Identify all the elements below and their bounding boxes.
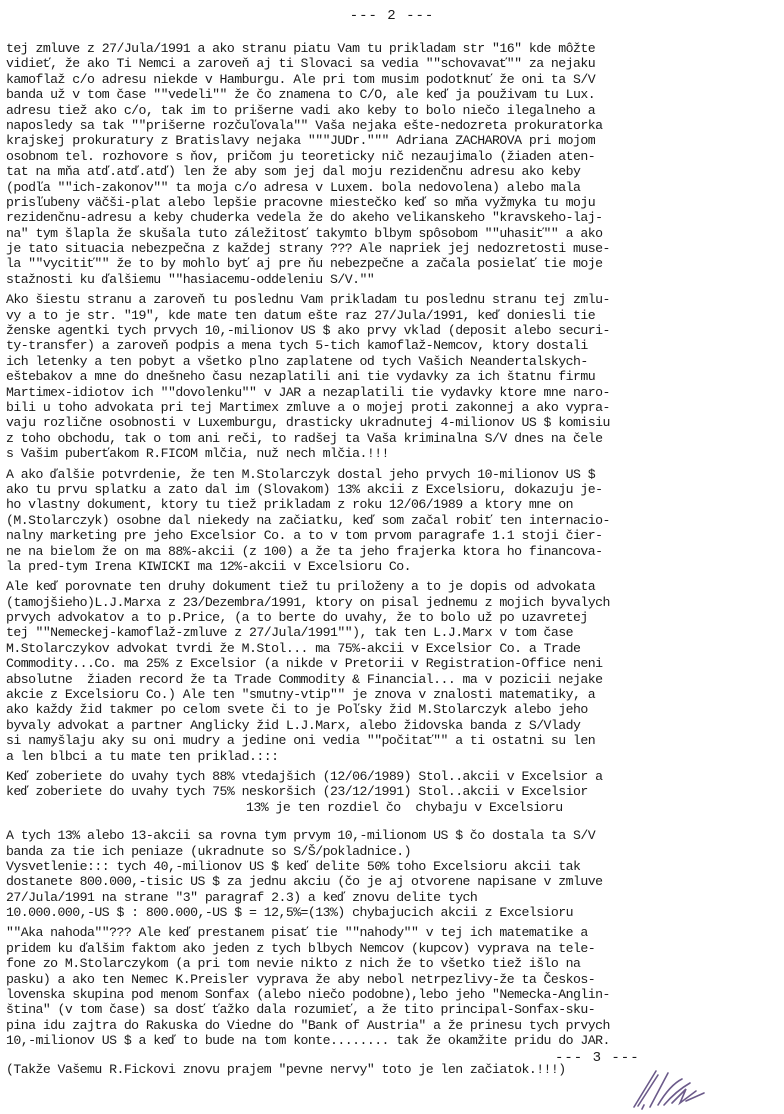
text-line: tat na mňa atď.atď.atď) len že aby som j… [6, 164, 766, 179]
text-line: ština" (v tom čase) sa dosť ťažko dala r… [6, 1002, 766, 1017]
text-line: si namyšlaju aky su oni mudry a jedine o… [6, 733, 766, 748]
text-line: la pred-tym Irena KIWICKI ma 12%-akcii v… [6, 559, 766, 574]
paragraph-6: A tych 13% alebo 13-akcii sa rovna tym p… [6, 828, 766, 920]
text-line: prisľubeny väčši-plat alebo lepšie praco… [6, 195, 766, 210]
page-number-footer: --- 3 --- [555, 1050, 640, 1066]
text-line: rezidenčnu-adresu a keby chuderka vedela… [6, 210, 766, 225]
signature-icon [630, 1065, 710, 1110]
text-line: ako každy žid takmer po celom svete či t… [6, 702, 766, 717]
text-line: byvaly advokat a partner Anglicky žid L.… [6, 718, 766, 733]
paragraph-3: A ako ďalšie potvrdenie, že ten M.Stolar… [6, 467, 766, 575]
text-line: ženske agentki tych prvych 10,-milionov … [6, 323, 766, 338]
text-line: eštebakov a mne do dnešneho času nezapla… [6, 369, 766, 384]
page-number-header: --- 2 --- [0, 8, 784, 24]
paragraph-1: tej zmluve z 27/Jula/1991 a ako stranu p… [6, 41, 766, 287]
text-line: A tych 13% alebo 13-akcii sa rovna tym p… [6, 828, 766, 843]
text-line: akcie z Excelsioru Co.) Ale ten "smutny-… [6, 687, 766, 702]
text-line: 27/Jula/1991 na strane "3" paragraf 2.3)… [6, 890, 766, 905]
spacer [6, 1054, 766, 1062]
text-line: a len blbci a tu mate ten priklad.::: [6, 749, 766, 764]
text-line: ako tu prvu splatku a zato dal im (Slova… [6, 482, 766, 497]
text-line: pridem ku ďalšim faktom ako jeden z tych… [6, 941, 766, 956]
text-line: stažnosti ku ďalšiemu ""hasiacemu-oddele… [6, 272, 766, 287]
text-line: Commodity...Co. ma 25% z Excelsior (a ni… [6, 656, 766, 671]
text-line: ich letenky a ten pobyt a všetko plno za… [6, 354, 766, 369]
text-line: (podľa ""ich-zakonov"" ta moja c/o adres… [6, 180, 766, 195]
letter-body: tej zmluve z 27/Jula/1991 a ako stranu p… [6, 41, 766, 1082]
text-line: banda už v tom čase ""vedeli"" že čo zna… [6, 87, 766, 102]
text-line: fone zo M.Stolarczykom (a pri tom nevie … [6, 956, 766, 971]
spacer [6, 820, 766, 828]
text-line: s Vašim puberťakom R.FICOM mlčia, nuž ne… [6, 446, 766, 461]
text-line: osobnom tel. rozhovore s ňov, pričom ju … [6, 149, 766, 164]
text-line: Ale keď porovnate ten druhy dokument tie… [6, 579, 766, 594]
text-line: nalny marketing pre jeho Excelsior Co. a… [6, 528, 766, 543]
text-line: 10.000.000,-US $ : 800.000,-US $ = 12,5%… [6, 905, 766, 920]
text-line: keď zoberiete do uvahy tych 75% neskorši… [6, 784, 766, 799]
paragraph-4: Ale keď porovnate ten druhy dokument tie… [6, 579, 766, 764]
paragraph-7: ""Aka nahoda""??? Ale keď prestanem pisa… [6, 925, 766, 1048]
text-line: bili u toho advokata pri tej Martimex zm… [6, 400, 766, 415]
text-line: la ""vycitiť"" že to by mohlo byť aj pre… [6, 256, 766, 271]
text-line: absolutne žiaden record že ta Trade Comm… [6, 672, 766, 687]
text-line: ne na bielom že on ma 88%-akcii (z 100) … [6, 544, 766, 559]
text-line: ho vlastny dokument, ktory tu tiež prikl… [6, 497, 766, 512]
text-line: vidieť, že ako Ti Nemci a zaroveň aj ti … [6, 56, 766, 71]
text-line: 10,-milionov US $ a keď to bude na tom k… [6, 1033, 766, 1048]
document-page: --- 2 --- tej zmluve z 27/Jula/1991 a ak… [0, 0, 784, 1114]
text-line: naposledy sa tak ""prišerne rozčuľovala"… [6, 118, 766, 133]
text-line: Martimex-idiotov ich ""dovolenku"" v JAR… [6, 385, 766, 400]
text-line: Vysvetlenie::: tych 40,-milionov US $ ke… [6, 859, 766, 874]
text-line: (tamojšieho)L.J.Marxa z 23/Dezembra/1991… [6, 595, 766, 610]
text-line: vaju rozlične osobnosti v Luxemburgu, dr… [6, 415, 766, 430]
calculation-block: Keď zoberiete do uvahy tych 88% vtedajši… [6, 769, 766, 815]
text-line: banda za tie ich peniaze (ukradnute so S… [6, 844, 766, 859]
text-line: z toho obchodu, tak o tom ani reči, to r… [6, 431, 766, 446]
text-line: tej ""Nemeckej-kamoflaž-zmluve z 27/Jula… [6, 625, 766, 640]
text-line: na" tym šlapla že skušala tuto záležitos… [6, 226, 766, 241]
text-line: Ako šiestu stranu a zaroveň tu poslednu … [6, 292, 766, 307]
text-line: je tato situacia nebezpečna z každej str… [6, 241, 766, 256]
text-line: (M.Stolarczyk) osobne dal niekedy na zač… [6, 513, 766, 528]
text-line: ""Aka nahoda""??? Ale keď prestanem pisa… [6, 925, 766, 940]
text-line: ty-transfer) a zaroveň podpis a mena tyc… [6, 338, 766, 353]
text-line: Keď zoberiete do uvahy tych 88% vtedajši… [6, 769, 766, 784]
text-line: adresu tiež ako c/o, tak im to prišerne … [6, 103, 766, 118]
text-line: kamoflaž c/o adresu niekde v Hamburgu. A… [6, 72, 766, 87]
text-line: prvych advokatov a to p.Price, (a to ber… [6, 610, 766, 625]
text-line: A ako ďalšie potvrdenie, že ten M.Stolar… [6, 467, 766, 482]
text-line: M.Stolarczykov advokat tvrdi že M.Stol..… [6, 641, 766, 656]
text-line: vy a to je str. "19", kde mate ten datum… [6, 308, 766, 323]
text-line: pasku) a ako ten Nemec K.Preisler vyprav… [6, 972, 766, 987]
text-line: pina idu zajtra do Rakuska do Viedne do … [6, 1018, 766, 1033]
difference-result-line: 13% je ten rozdiel čo chybaju v Excelsio… [6, 800, 766, 815]
text-line: krajskej prokuratury z Bratislavy nejaka… [6, 133, 766, 148]
paragraph-2: Ako šiestu stranu a zaroveň tu poslednu … [6, 292, 766, 461]
text-line: dostanete 800.000,-tisic US $ za jednu a… [6, 874, 766, 889]
text-line: tej zmluve z 27/Jula/1991 a ako stranu p… [6, 41, 766, 56]
text-line: lovenska skupina pod menom Sonfax (alebo… [6, 987, 766, 1002]
